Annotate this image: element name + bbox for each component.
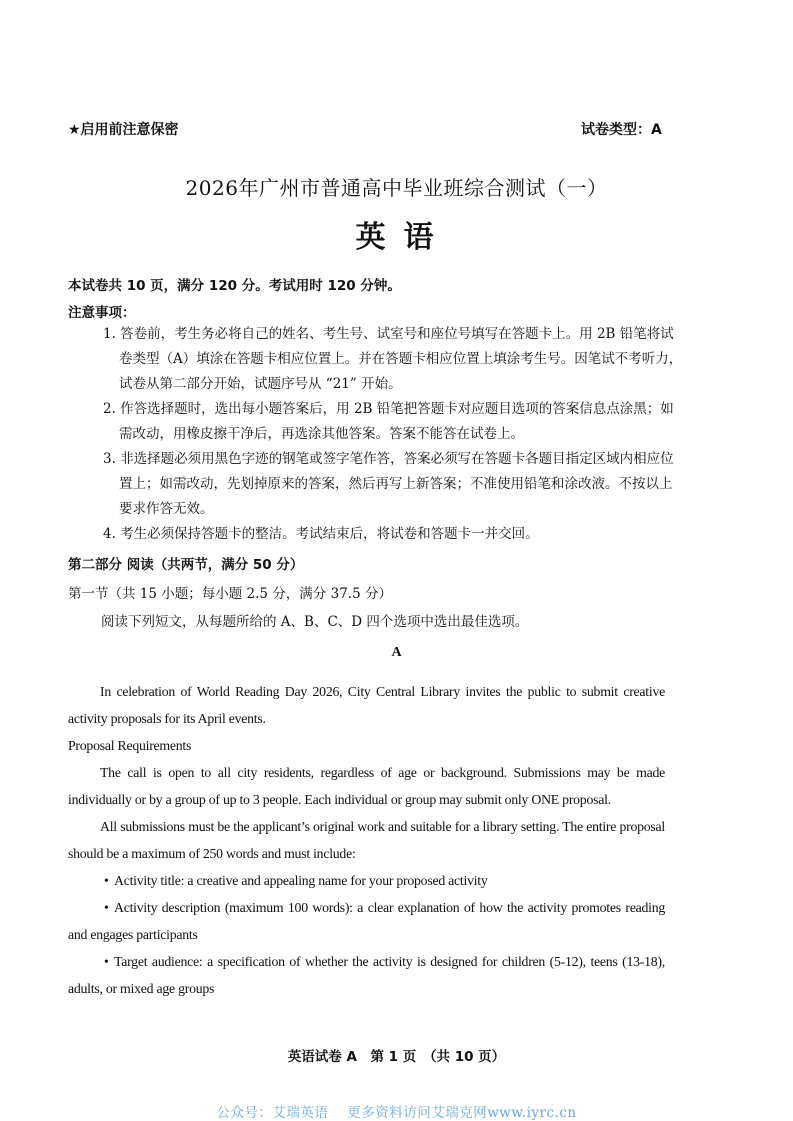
bullet-icon: •: [104, 948, 114, 975]
notice-item: 1. 答卷前，考生务必将自己的姓名、考生号、试室号和座位号填写在答题卡上。用 2…: [103, 322, 683, 397]
requirement-bullet: •Target audience: a specification of whe…: [68, 948, 665, 1002]
requirements-heading: Proposal Requirements: [68, 732, 665, 759]
subject-title: 英语: [0, 212, 793, 256]
passage-intro: In celebration of World Reading Day 2026…: [68, 678, 665, 732]
confidential-label: ★启用前注意保密: [68, 119, 179, 139]
bullet-text: Activity title: a creative and appealing…: [114, 873, 488, 888]
bullet-icon: •: [104, 867, 114, 894]
notice-heading: 注意事项：: [68, 301, 136, 321]
bullet-text: Activity description (maximum 100 words)…: [68, 900, 665, 942]
passage-label: A: [0, 645, 793, 661]
requirement-bullet: •Activity title: a creative and appealin…: [68, 867, 665, 894]
exam-title: 2026年广州市普通高中毕业班综合测试（一）: [0, 172, 793, 201]
paper-type-label: 试卷类型：A: [581, 119, 662, 139]
passage-paragraph: The call is open to all city residents, …: [68, 759, 665, 813]
requirement-bullet: •Activity description (maximum 100 words…: [68, 894, 665, 948]
bullet-icon: •: [104, 894, 114, 921]
watermark-text: 公众号：艾瑞英语 更多资料访问艾瑞克网www.iyrc.cn: [0, 1101, 793, 1121]
exam-info-line: 本试卷共 10 页，满分 120 分。考试用时 120 分钟。: [68, 274, 401, 294]
passage-body: In celebration of World Reading Day 2026…: [68, 678, 665, 1002]
section-heading: 第一节（共 15 小题；每小题 2.5 分，满分 37.5 分）: [68, 582, 392, 602]
part-heading: 第二部分 阅读（共两节，满分 50 分）: [68, 553, 303, 573]
reading-directions: 阅读下列短文，从每题所给的 A、B、C、D 四个选项中选出最佳选项。: [101, 610, 528, 630]
notice-list: 1. 答卷前，考生务必将自己的姓名、考生号、试室号和座位号填写在答题卡上。用 2…: [103, 322, 683, 547]
page-footer: 英语试卷 A 第 1 页 （共 10 页）: [0, 1045, 793, 1065]
notice-item: 3. 非选择题必须用黑色字迹的钢笔或签字笔作答，答案必须写在答题卡各题目指定区域…: [103, 447, 683, 522]
exam-page: ★启用前注意保密 试卷类型：A 2026年广州市普通高中毕业班综合测试（一） 英…: [0, 0, 793, 1121]
notice-item: 4. 考生必须保持答题卡的整洁。考试结束后，将试卷和答题卡一并交回。: [103, 522, 683, 547]
passage-paragraph: All submissions must be the applicant’s …: [68, 813, 665, 867]
notice-item: 2. 作答选择题时，选出每小题答案后，用 2B 铅笔把答题卡对应题目选项的答案信…: [103, 397, 683, 447]
bullet-text: Target audience: a specification of whet…: [68, 954, 665, 996]
